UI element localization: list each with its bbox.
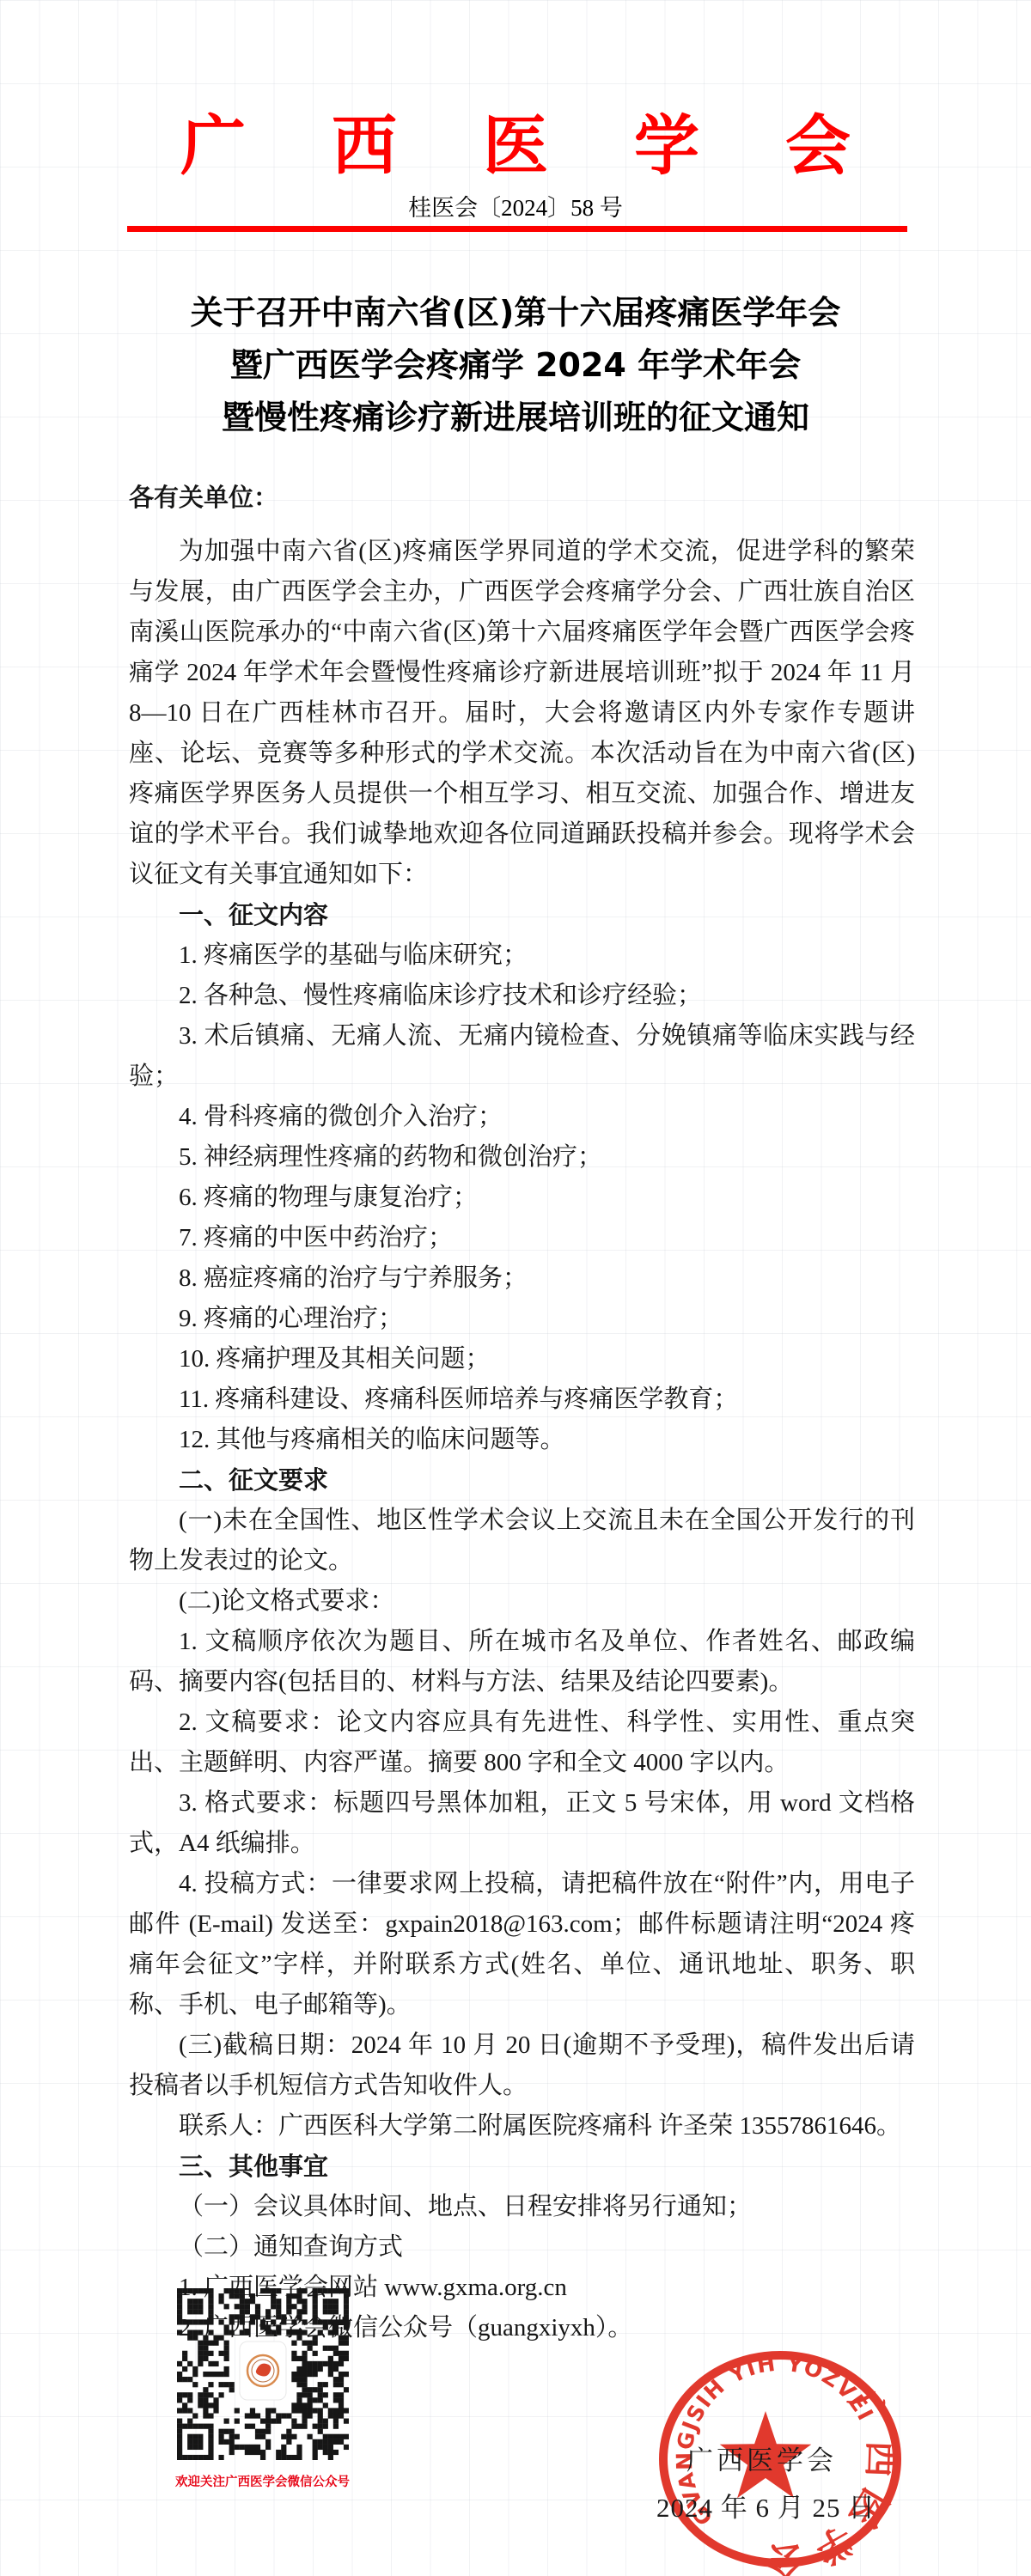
red-divider-rule	[127, 226, 907, 232]
notice-title-line-2: 暨广西医学会疼痛学 2024 年学术年会	[0, 339, 1031, 392]
section-2-paragraph: (三)截稿日期：2024 年 10 月 20 日(逾期不予受理)，稿件发出后请投…	[129, 2025, 915, 2106]
section-1-heading: 一、征文内容	[129, 895, 915, 935]
section-2-paragraph: (一)未在全国性、地区性学术会议上交流且未在全国公开发行的刊物上发表过的论文。	[129, 1501, 915, 1581]
org-title: 广西医学会	[0, 107, 1031, 186]
issue-date: 2024 年 6 月 25 日	[656, 2492, 875, 2524]
section-1-item: 2. 各种急、慢性疼痛临床诊疗技术和诊疗经验；	[129, 976, 915, 1016]
signer-name: 广西医学会	[686, 2445, 837, 2477]
section-1-item: 10. 疼痛护理及其相关问题；	[129, 1339, 915, 1379]
notice-title-line-1: 关于召开中南六省(区)第十六届疼痛医学年会	[0, 287, 1031, 339]
section-1-item: 6. 疼痛的物理与康复治疗；	[129, 1178, 915, 1218]
section-1-item: 7. 疼痛的中医中药治疗；	[129, 1218, 915, 1258]
section-2-contact: 联系人：广西医科大学第二附属医院疼痛科 许圣荣 13557861646。	[129, 2106, 915, 2147]
section-1-item: 5. 神经病理性疼痛的药物和微创治疗；	[129, 1137, 915, 1178]
notice-title: 关于召开中南六省(区)第十六届疼痛医学年会 暨广西医学会疼痛学 2024 年学术…	[0, 287, 1031, 444]
section-3-paragraph: （二）通知查询方式	[129, 2227, 915, 2268]
section-2-paragraph: 1. 文稿顺序依次为题目、所在城市名及单位、作者姓名、邮政编码、摘要内容(包括目…	[129, 1622, 915, 1702]
notice-title-line-3: 暨慢性疼痛诊疗新进展培训班的征文通知	[0, 392, 1031, 444]
section-1-item: 8. 癌症疼痛的治疗与宁养服务；	[129, 1258, 915, 1299]
section-1-item: 12. 其他与疼痛相关的临床问题等。	[129, 1420, 915, 1460]
qr-caption: 欢迎关注广西医学会微信公众号	[175, 2474, 381, 2491]
section-1-item: 3. 术后镇痛、无痛人流、无痛内镜检查、分娩镇痛等临床实践与经验；	[129, 1016, 915, 1097]
section-1-item: 1. 疼痛医学的基础与临床研究；	[129, 935, 915, 976]
section-2-paragraph: 2. 文稿要求：论文内容应具有先进性、科学性、实用性、重点突出、主题鲜明、内容严…	[129, 1702, 915, 1783]
qr-code-image	[177, 2288, 349, 2460]
salutation: 各有关单位：	[129, 478, 915, 518]
section-2-paragraph: (二)论文格式要求：	[129, 1581, 915, 1622]
notice-body: 各有关单位： 为加强中南六省(区)疼痛医学界同道的学术交流，促进学科的繁荣与发展…	[129, 478, 915, 2348]
wechat-qr-code	[177, 2288, 349, 2460]
intro-paragraph: 为加强中南六省(区)疼痛医学界同道的学术交流，促进学科的繁荣与发展，由广西医学会…	[129, 532, 915, 895]
doc-number: 桂医会〔2024〕58 号	[0, 194, 1031, 222]
section-2-paragraph: 4. 投稿方式：一律要求网上投稿，请把稿件放在“附件”内，用电子邮件 (E-ma…	[129, 1864, 915, 2025]
section-3-paragraph: （一）会议具体时间、地点、日程安排将另行通知；	[129, 2187, 915, 2227]
section-2-paragraph: 3. 格式要求：标题四号黑体加粗，正文 5 号宋体，用 word 文档格式，A4…	[129, 1783, 915, 1864]
qr-center-logo	[240, 2342, 286, 2400]
section-1-item: 4. 骨科疼痛的微创介入治疗；	[129, 1097, 915, 1137]
section-3-heading: 三、其他事宜	[129, 2147, 915, 2187]
section-2-heading: 二、征文要求	[129, 1460, 915, 1501]
section-1-item: 9. 疼痛的心理治疗；	[129, 1299, 915, 1339]
section-1-item: 11. 疼痛科建设、疼痛科医师培养与疼痛医学教育；	[129, 1379, 915, 1420]
official-notice-document: 广西医学会 桂医会〔2024〕58 号 关于召开中南六省(区)第十六届疼痛医学年…	[0, 0, 1031, 2576]
